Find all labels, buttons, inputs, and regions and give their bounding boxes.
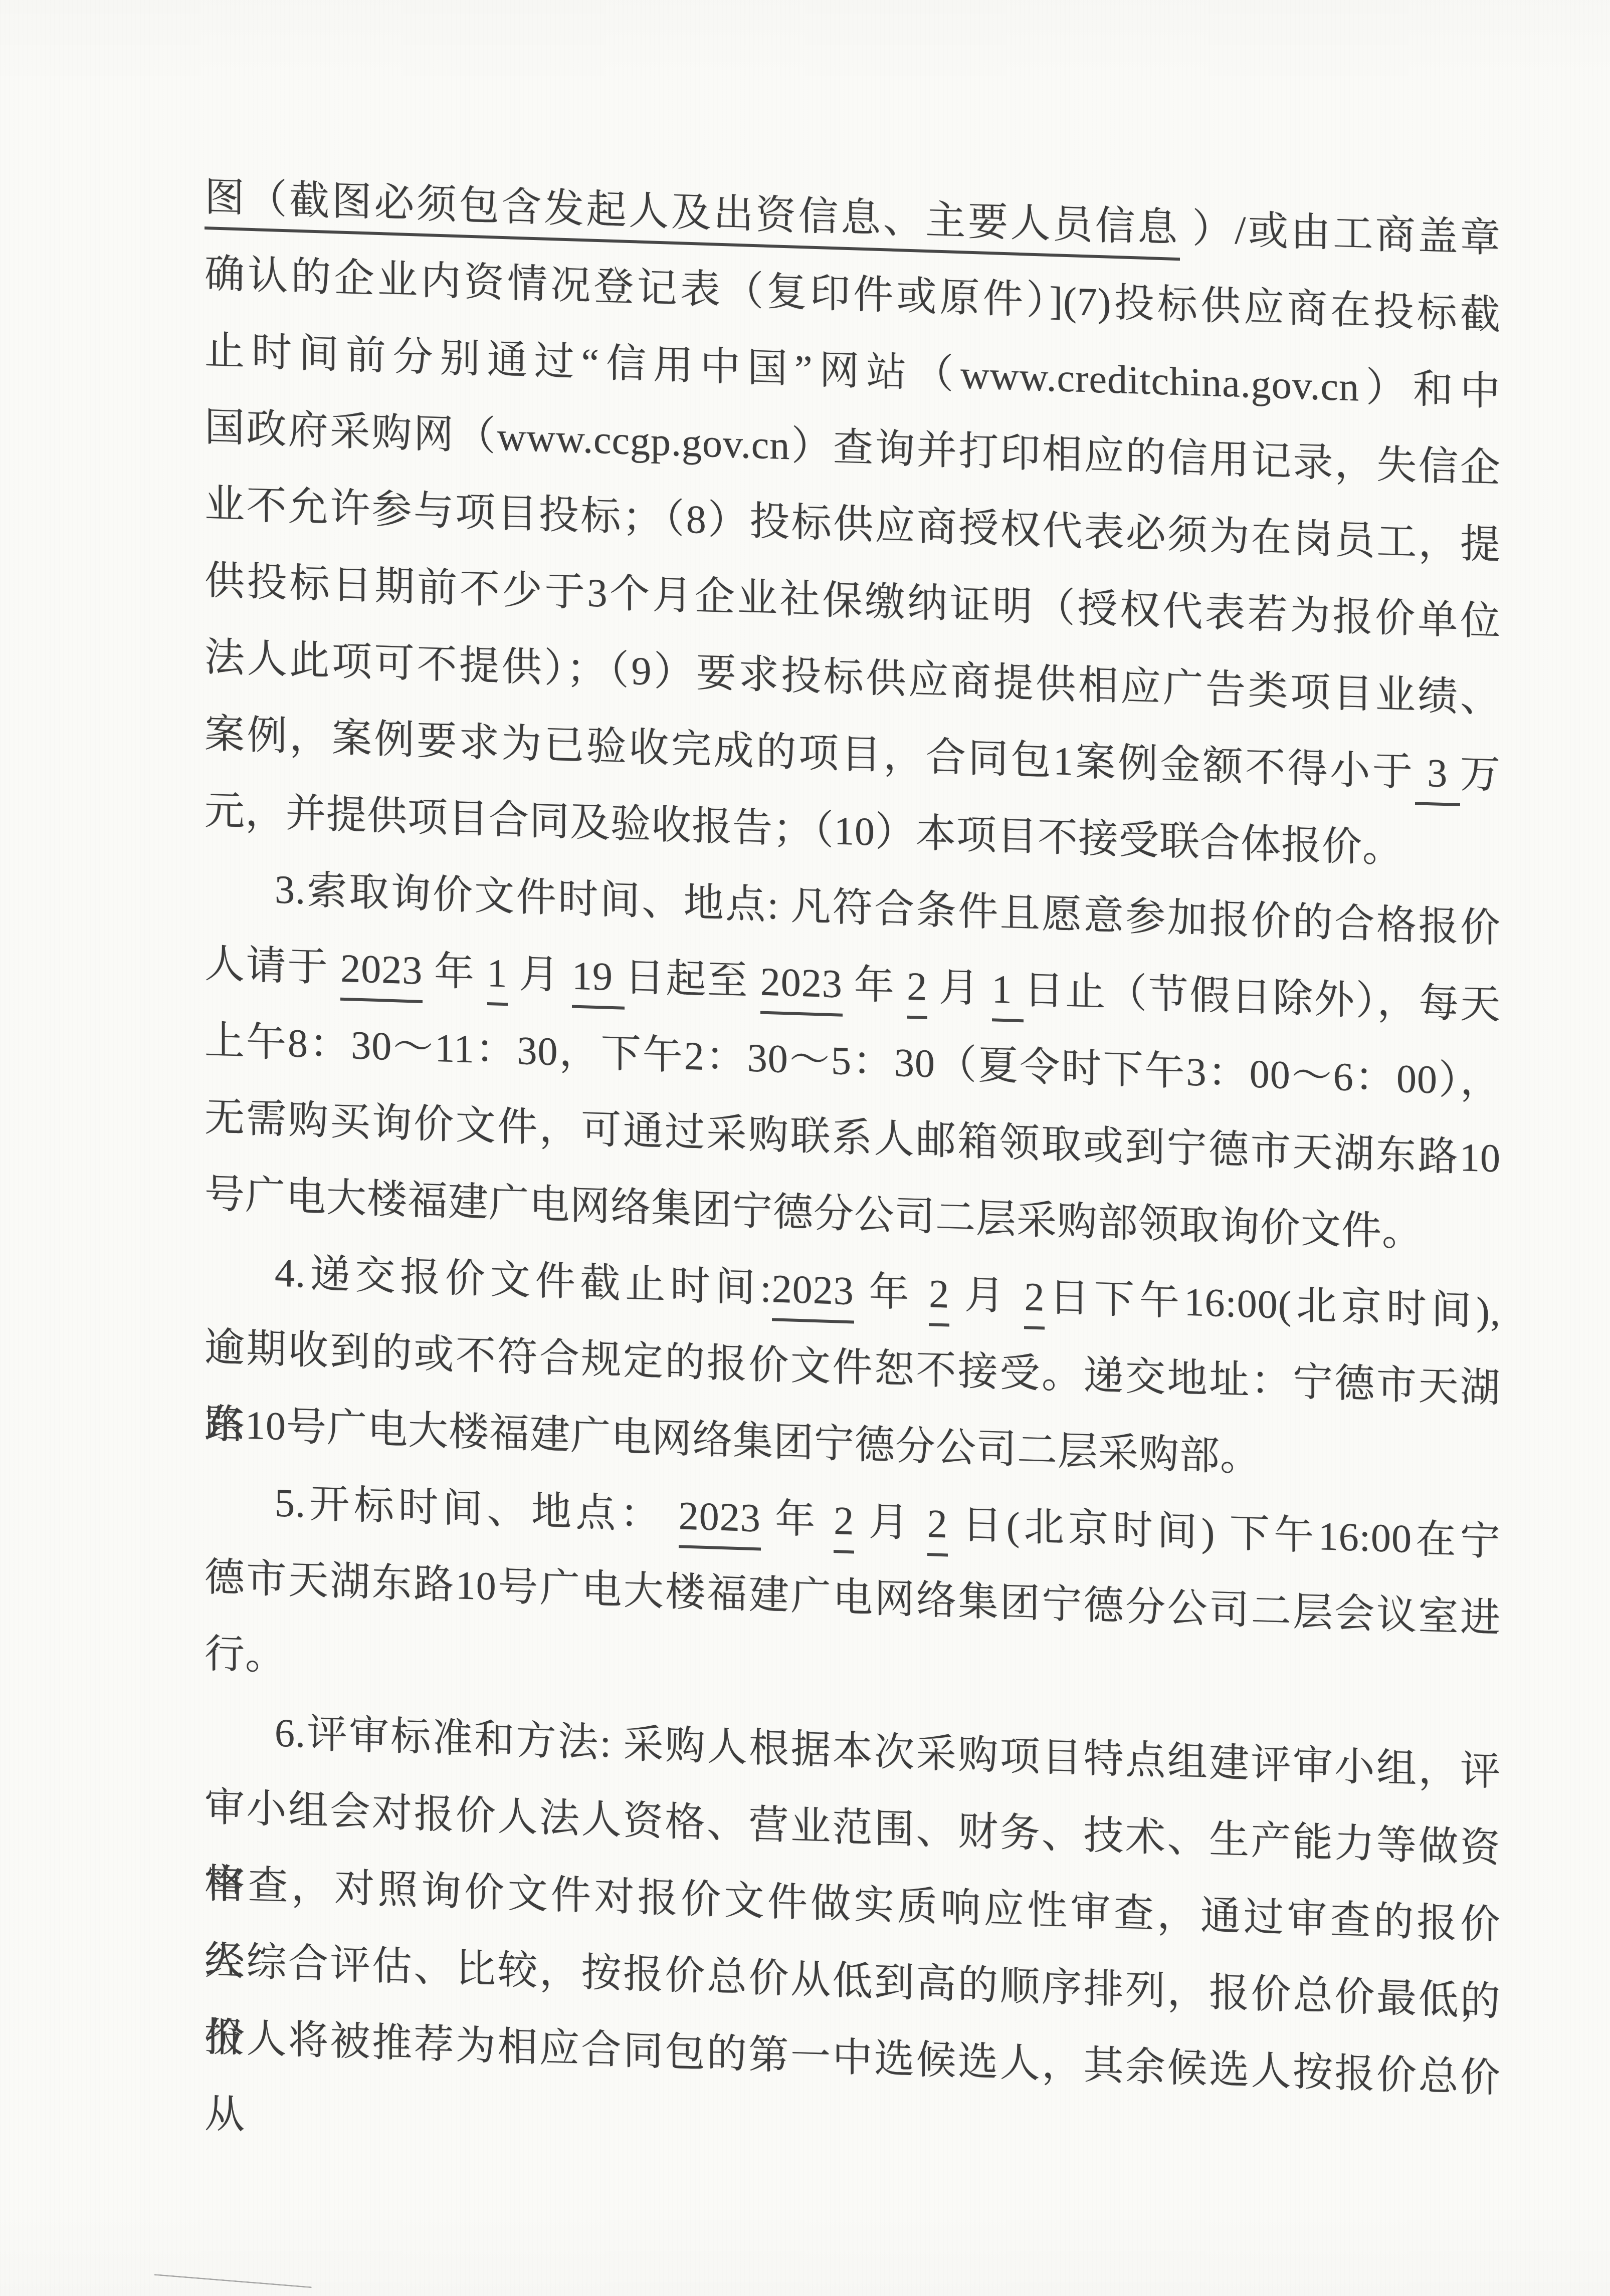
scanned-page: 图（截图必须包含发起人及出资信息、主要人员信息 ）/或由工商盖章确认的企业内资情…: [0, 0, 1610, 2296]
underlined-text: 2: [907, 965, 927, 1019]
text-segment: 日(北京时间) 下午16:00在宁: [948, 1502, 1501, 1564]
text-segment: 4.递交报价文件截止时间:: [275, 1251, 772, 1311]
text-segment: 年: [423, 949, 487, 995]
text-segment: 行。: [205, 1632, 286, 1679]
document-body: 图（截图必须包含发起人及出资信息、主要人员信息 ）/或由工商盖章确认的企业内资情…: [205, 159, 1501, 2118]
text-segment: 年: [843, 963, 907, 1009]
text-segment: 日起至: [625, 956, 760, 1004]
text-segment: 日下午16:00(北京时间),: [1045, 1276, 1501, 1334]
text-segment: 月: [927, 965, 991, 1011]
text-segment: 人请于: [205, 942, 340, 991]
underlined-text: 2: [927, 1502, 948, 1556]
underlined-text: 2023: [760, 960, 843, 1016]
text-segment: 年: [761, 1496, 834, 1543]
underlined-text: 1: [992, 967, 1024, 1022]
underlined-text: 2023: [772, 1267, 854, 1323]
text-segment: 月: [508, 952, 572, 998]
underlined-text: 2023: [340, 947, 423, 1003]
underlined-text: 19: [572, 954, 625, 1009]
underlined-text: 2: [929, 1272, 949, 1326]
text-segment: 日止（节假日除外），每天: [1024, 968, 1501, 1027]
underlined-text: 2023: [679, 1494, 761, 1550]
text-segment: 月: [949, 1272, 1024, 1319]
underlined-text: 2: [1024, 1275, 1045, 1329]
underlined-text: 1: [487, 951, 508, 1006]
underlined-text: 2: [834, 1499, 854, 1553]
text-segment: 年: [854, 1269, 929, 1316]
text-segment: 5.开标时间、地点：: [275, 1481, 679, 1538]
text-segment: 月: [854, 1499, 927, 1546]
scan-artifact-line: [154, 2274, 312, 2288]
text-segment: 万: [1460, 752, 1501, 798]
text-segment: ）/或由工商盖章: [1180, 206, 1501, 261]
underlined-text: 3: [1415, 751, 1460, 806]
